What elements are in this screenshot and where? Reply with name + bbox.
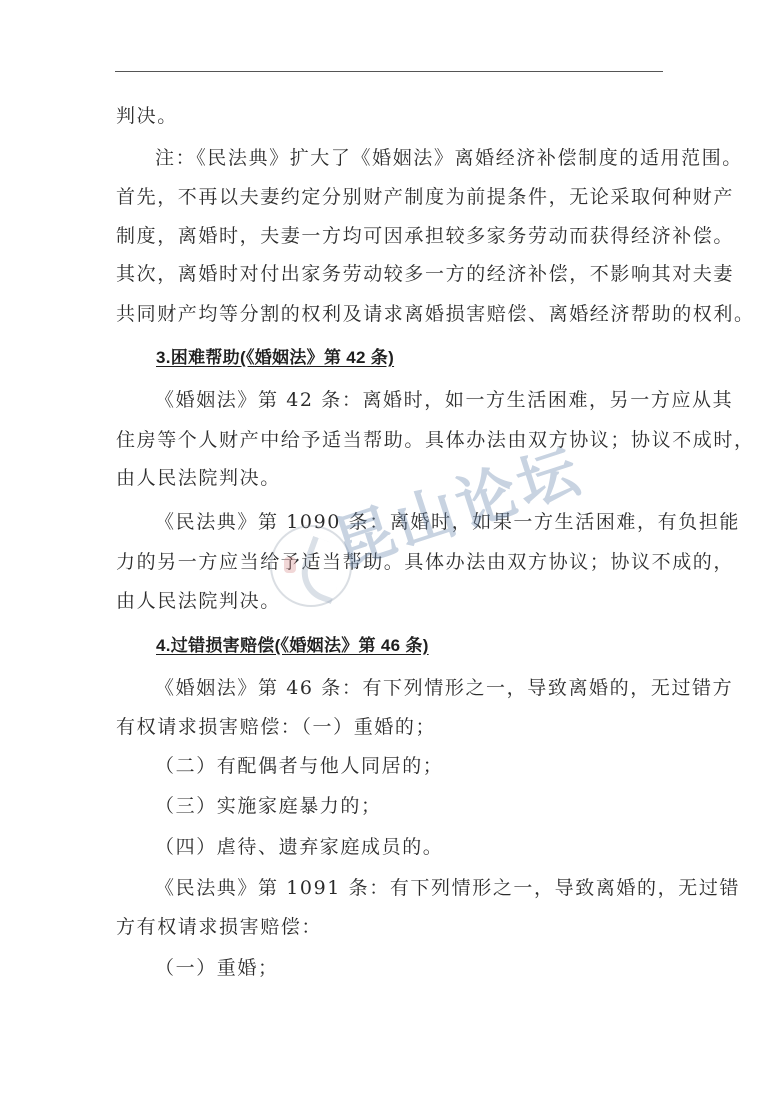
article-line: 《婚姻法》第 42 条：离婚时，如一方生活困难，另一方应从其 — [155, 388, 715, 412]
article-line: 由人民法院判决。 — [116, 466, 676, 490]
section-heading-hardship-assistance: 3.困难帮助(《婚姻法》第 42 条) — [156, 346, 394, 370]
note-line: 共同财产均等分割的权利及请求离婚损害赔偿、离婚经济帮助的权利。 — [116, 302, 676, 326]
article-line: 有权请求损害赔偿：（一）重婚的； — [116, 715, 676, 739]
paragraph-line: 判决。 — [116, 104, 676, 128]
list-item: （二）有配偶者与他人同居的； — [155, 754, 715, 778]
article-line: 住房等个人财产中给予适当帮助。具体办法由双方协议；协议不成时， — [116, 428, 676, 452]
note-line: 制度，离婚时，夫妻一方均可因承担较多家务劳动而获得经济补偿。 — [116, 224, 676, 248]
article-line: 方有权请求损害赔偿： — [116, 915, 676, 939]
list-item: （四）虐待、遗弃家庭成员的。 — [155, 835, 715, 859]
document-page: 判决。 注：《民法典》扩大了《婚姻法》离婚经济补偿制度的适用范围。 首先，不再以… — [0, 0, 780, 1103]
header-rule — [115, 71, 663, 72]
list-item: （三）实施家庭暴力的； — [155, 794, 715, 818]
note-line: 其次，离婚时对付出家务劳动较多一方的经济补偿，不影响其对夫妻 — [116, 262, 676, 286]
article-line: 《民法典》第 1090 条：离婚时，如果一方生活困难，有负担能 — [155, 510, 715, 534]
article-line: 《婚姻法》第 46 条：有下列情形之一，导致离婚的，无过错方 — [155, 676, 715, 700]
note-line: 首先，不再以夫妻约定分别财产制度为前提条件，无论采取何种财产 — [116, 185, 676, 209]
note-line: 注：《民法典》扩大了《婚姻法》离婚经济补偿制度的适用范围。 — [155, 146, 715, 170]
article-line: 力的另一方应当给予适当帮助。具体办法由双方协议；协议不成的， — [116, 550, 676, 574]
article-line: 由人民法院判决。 — [116, 589, 676, 613]
section-heading-fault-damages: 4.过错损害赔偿(《婚姻法》第 46 条) — [156, 634, 429, 658]
article-line: 《民法典》第 1091 条：有下列情形之一，导致离婚的，无过错 — [155, 876, 715, 900]
list-item: （一）重婚； — [155, 956, 715, 980]
